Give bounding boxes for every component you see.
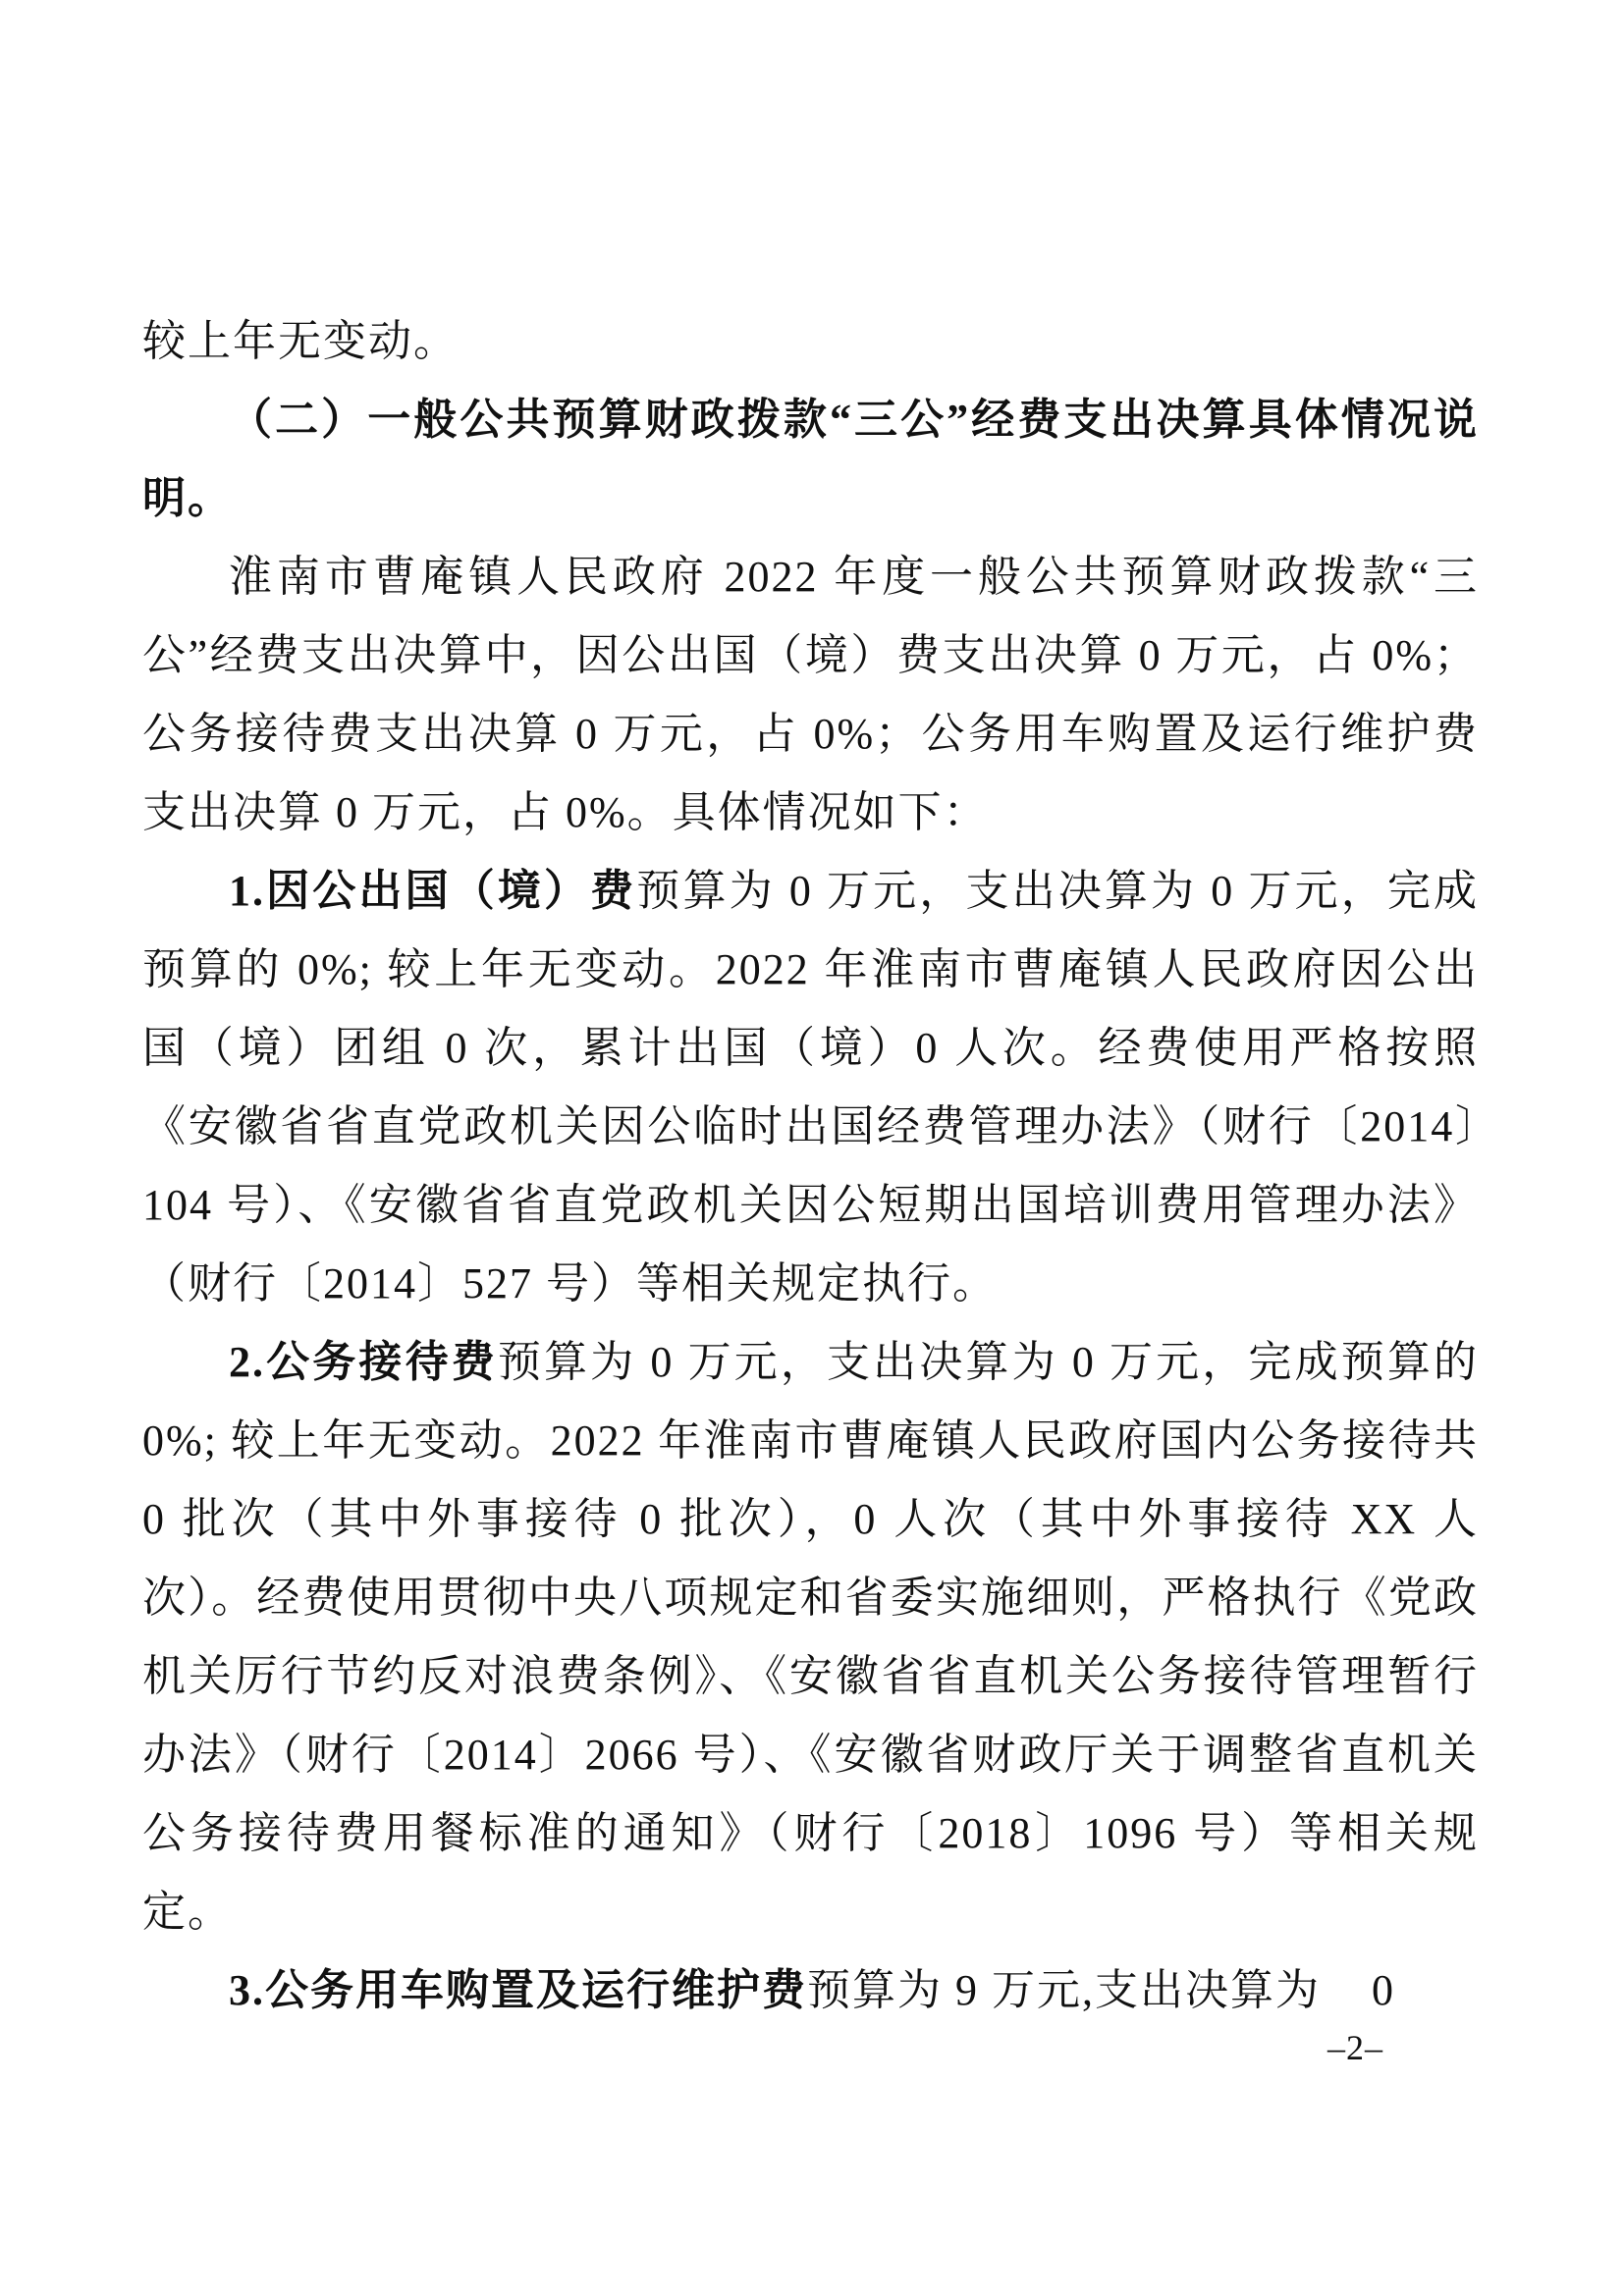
document-page: 较上年无变动。 （二）一般公共预算财政拨款“三公”经费支出决算具体情况说明。 淮… xyxy=(0,0,1624,2296)
page-number: –2– xyxy=(1327,2028,1383,2067)
paragraph-text: 淮南市曹庵镇人民政府 2022 年度一般公共预算财政拨款“三公”经费支出决算中，… xyxy=(142,553,1479,836)
paragraph-text: 较上年无变动。 xyxy=(142,317,459,365)
paragraph-bold-lead: 3.公务用车购置及运行维护费 xyxy=(229,1966,807,2014)
paragraph: 淮南市曹庵镇人民政府 2022 年度一般公共预算财政拨款“三公”经费支出决算中，… xyxy=(142,538,1479,852)
paragraph-item-1: 1.因公出国（境）费预算为 0 万元，支出决算为 0 万元，完成预算的 0%; … xyxy=(142,852,1479,1323)
paragraph-text: 预算为 0 万元，支出决算为 0 万元，完成预算的 0%; 较上年无变动。202… xyxy=(142,1338,1479,1936)
document-body: 较上年无变动。 （二）一般公共预算财政拨款“三公”经费支出决算具体情况说明。 淮… xyxy=(142,302,1479,2030)
paragraph-text: 预算为 9 万元,支出决算为 0 xyxy=(807,1966,1395,2014)
paragraph-bold-lead: 2.公务接待费 xyxy=(229,1338,498,1386)
paragraph-item-2: 2.公务接待费预算为 0 万元，支出决算为 0 万元，完成预算的 0%; 较上年… xyxy=(142,1323,1479,1951)
section-heading: （二）一般公共预算财政拨款“三公”经费支出决算具体情况说明。 xyxy=(142,381,1479,538)
paragraph-bold-lead: （二）一般公共预算财政拨款“三公”经费支出决算具体情况说明。 xyxy=(142,396,1479,522)
paragraph-text: 预算为 0 万元，支出决算为 0 万元，完成预算的 0%; 较上年无变动。202… xyxy=(142,867,1479,1308)
paragraph-bold-lead: 1.因公出国（境）费 xyxy=(229,867,636,915)
paragraph: 较上年无变动。 xyxy=(142,302,1479,381)
paragraph-item-3: 3.公务用车购置及运行维护费预算为 9 万元,支出决算为 0 xyxy=(142,1951,1479,2030)
